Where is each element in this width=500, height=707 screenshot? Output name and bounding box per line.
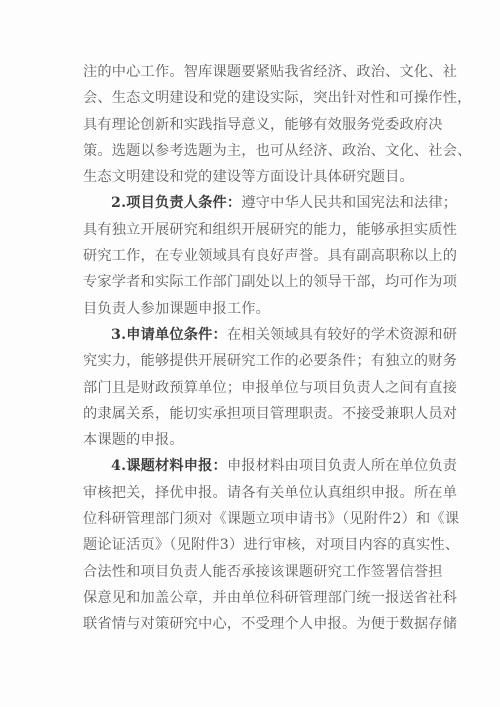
text-fragment: 申报材料由项目负责人所在单位负责 — [227, 458, 457, 474]
text-line: 究实力，能够提供开展研究工作的必要条件；有独立的财务 — [83, 348, 428, 374]
text-fragment: 在相关领域具有较好的学术资源和研 — [227, 327, 457, 343]
text-line: 3.申请单位条件：在相关领域具有较好的学术资源和研 — [83, 322, 428, 348]
section-heading: 4.课题材料申报： — [111, 458, 227, 474]
text-line: 位科研管理部门须对《课题立项申请书》（见附件2）和《课 — [83, 506, 428, 532]
text-fragment: 遵守中华人民共和国宪法和法律； — [241, 195, 457, 211]
document-body: 注的中心工作。智库课题要紧贴我省经济、政治、文化、社 会、生态文明建设和党的建设… — [83, 59, 428, 638]
text-line: 审核把关，择优申报。请各有关单位认真组织申报。所在单 — [83, 480, 428, 506]
text-line: 策。选题以参考选题为主，也可从经济、政治、文化、社会、 — [83, 138, 428, 164]
section-heading: 3.申请单位条件： — [111, 327, 227, 343]
text-line: 注的中心工作。智库课题要紧贴我省经济、政治、文化、社 — [83, 59, 428, 85]
text-line: 联省情与对策研究中心，不受理个人申报。为便于数据存储 — [83, 611, 428, 637]
paragraph-applicant-unit-conditions: 3.申请单位条件：在相关领域具有较好的学术资源和研 究实力，能够提供开展研究工作… — [83, 322, 428, 453]
text-line: 本课题的申报。 — [83, 427, 428, 453]
text-line: 目负责人参加课题申报工作。 — [83, 296, 428, 322]
text-line: 4.课题材料申报：申报材料由项目负责人所在单位负责 — [83, 453, 428, 479]
text-line: 具有理论创新和实践指导意义，能够有效服务党委政府决 — [83, 112, 428, 138]
document-page: 注的中心工作。智库课题要紧贴我省经济、政治、文化、社 会、生态文明建设和党的建设… — [0, 0, 500, 707]
text-line: 2.项目负责人条件：遵守中华人民共和国宪法和法律； — [83, 190, 428, 216]
text-line: 研究工作，在专业领域具有良好声誉。具有副高职称以上的 — [83, 243, 428, 269]
paragraph-research-focus: 注的中心工作。智库课题要紧贴我省经济、政治、文化、社 会、生态文明建设和党的建设… — [83, 59, 428, 190]
paragraph-material-submission: 4.课题材料申报：申报材料由项目负责人所在单位负责 审核把关，择优申报。请各有关… — [83, 453, 428, 637]
text-line: 保意见和加盖公章，并由单位科研管理部门统一报送省社科 — [83, 585, 428, 611]
text-line: 的隶属关系，能切实承担项目管理职责。不接受兼职人员对 — [83, 401, 428, 427]
text-line: 专家学者和实际工作部门副处以上的领导干部，均可作为项 — [83, 269, 428, 295]
text-line: 具有独立开展研究和组织开展研究的能力，能够承担实质性 — [83, 217, 428, 243]
section-heading: 2.项目负责人条件： — [111, 195, 241, 211]
paragraph-project-leader-conditions: 2.项目负责人条件：遵守中华人民共和国宪法和法律； 具有独立开展研究和组织开展研… — [83, 190, 428, 321]
text-line: 合法性和项目负责人能否承接该课题研究工作签署信誉担 — [83, 559, 428, 585]
text-line: 生态文明建设和党的建设等方面设计具体研究题目。 — [83, 164, 428, 190]
text-line: 部门且是财政预算单位；申报单位与项目负责人之间有直接 — [83, 375, 428, 401]
text-line: 题论证活页》（见附件3）进行审核，对项目内容的真实性、 — [83, 532, 428, 558]
text-line: 会、生态文明建设和党的建设实际，突出针对性和可操作性， — [83, 85, 428, 111]
